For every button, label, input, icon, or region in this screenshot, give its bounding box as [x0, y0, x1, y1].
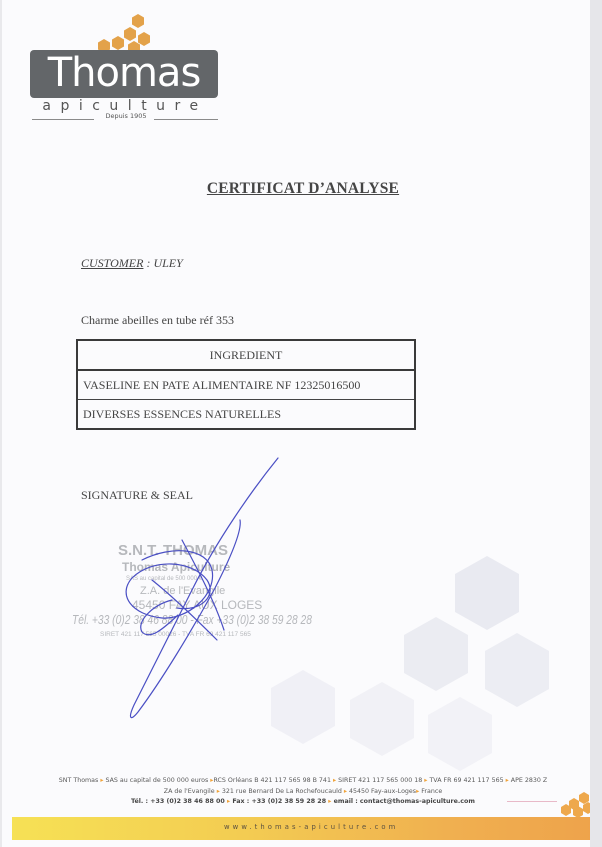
footer-item: RCS Orléans B 421 117 565 98 B 741	[213, 777, 331, 784]
viewer-margin	[590, 0, 602, 847]
footer-email[interactable]: email : contact@thomas-apiculture.com	[334, 798, 475, 805]
divider	[507, 801, 557, 802]
certificate-page: Thomas apiculture Depuis 1905 CERTIFICAT…	[2, 0, 590, 847]
footer-item: SAS au capital de 500 000 euros	[106, 777, 209, 784]
footer-item: France	[421, 788, 442, 795]
footer-item: APE 2830 Z	[511, 777, 547, 784]
footer-item: SIRET 421 117 565 000 18	[338, 777, 422, 784]
handwritten-signature	[2, 0, 590, 847]
footer-fax: Fax : +33 (0)2 38 59 28 28	[232, 798, 326, 805]
footer-phone: Tél. : +33 (0)2 38 46 88 00	[131, 798, 225, 805]
footer-item: ZA de l'Evangile	[164, 788, 215, 795]
honeycomb-icon	[560, 790, 590, 818]
footer-item: TVA FR 69 421 117 565	[429, 777, 503, 784]
footer-legal-line: SNT Thomas ▸ SAS au capital de 500 000 e…	[2, 777, 590, 784]
footer-contact-line: Tél. : +33 (0)2 38 46 88 00 ▸ Fax : +33 …	[2, 798, 590, 805]
footer-item: SNT Thomas	[59, 777, 99, 784]
footer-item: 321 rue Bernard De La Rochefoucauld	[222, 788, 342, 795]
website-link[interactable]: www.thomas-apiculture.com	[224, 823, 398, 831]
footer-address-line: ZA de l'Evangile ▸ 321 rue Bernard De La…	[2, 788, 590, 795]
footer-item: 45450 Fay-aux-Loges	[349, 788, 416, 795]
